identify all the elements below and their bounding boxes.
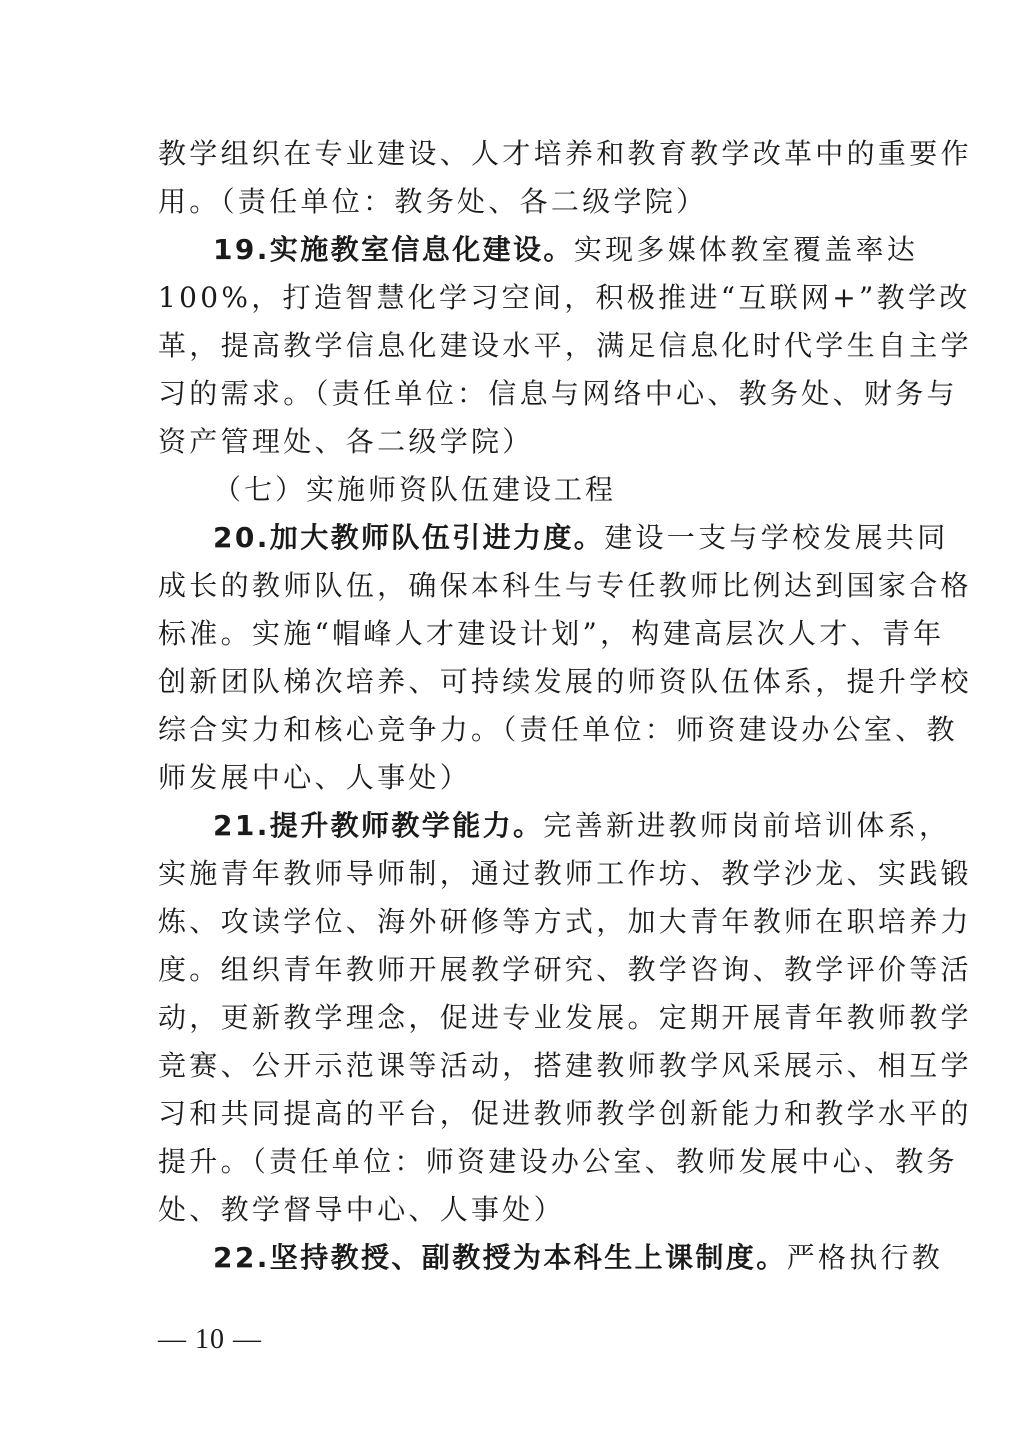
item-21-text: 完善新进教师岗前培训体系， xyxy=(543,809,950,842)
text-line: 师发展中心、人事处） xyxy=(158,754,870,802)
item-22: 22.坚持教授、副教授为本科生上课制度。严格执行教 xyxy=(213,1234,870,1282)
text-line: 资产管理处、各二级学院） xyxy=(158,418,870,466)
item-19-text: 实现多媒体教室覆盖率达 xyxy=(574,233,918,266)
text-line: 竞赛、公开示范课等活动，搭建教师教学风采展示、相互学 xyxy=(158,1042,870,1090)
text-line: 处、教学督导中心、人事处） xyxy=(158,1186,870,1234)
text-line: 度。组织青年教师开展教学研究、教学咨询、教学评价等活 xyxy=(158,946,870,994)
item-21: 21.提升教师教学能力。完善新进教师岗前培训体系， xyxy=(213,802,870,850)
item-22-title: 22.坚持教授、副教授为本科生上课制度。 xyxy=(213,1241,787,1274)
item-19: 19.实施教室信息化建设。实现多媒体教室覆盖率达 xyxy=(213,226,870,274)
document-page: 教学组织在专业建设、人才培养和教育教学改革中的重要作 用。（责任单位：教务处、各… xyxy=(0,0,1024,1448)
text-line: 习和共同提高的平台，促进教师教学创新能力和教学水平的 xyxy=(158,1090,870,1138)
item-20: 20.加大教师队伍引进力度。建设一支与学校发展共同 xyxy=(213,514,870,562)
text-line: 100%，打造智慧化学习空间，积极推进“互联网+”教学改 xyxy=(158,274,870,322)
text-line: 实施青年教师导师制，通过教师工作坊、教学沙龙、实践锻 xyxy=(158,850,870,898)
item-20-text: 建设一支与学校发展共同 xyxy=(604,521,948,554)
text-line: 标准。实施“帽峰人才建设计划”，构建高层次人才、青年 xyxy=(158,610,870,658)
text-line: 用。（责任单位：教务处、各二级学院） xyxy=(158,178,870,226)
text-line: 综合实力和核心竞争力。（责任单位：师资建设办公室、教 xyxy=(158,706,870,754)
text-line: 成长的教师队伍，确保本科生与专任教师比例达到国家合格 xyxy=(158,562,870,610)
text-line: 习的需求。（责任单位：信息与网络中心、教务处、财务与 xyxy=(158,370,870,418)
text-line: 革，提高教学信息化建设水平，满足信息化时代学生自主学 xyxy=(158,322,870,370)
item-19-title: 19.实施教室信息化建设。 xyxy=(213,233,574,266)
text-line: 创新团队梯次培养、可持续发展的师资队伍体系，提升学校 xyxy=(158,658,870,706)
section-heading: （七）实施师资队伍建设工程 xyxy=(213,466,925,514)
text-line: 炼、攻读学位、海外研修等方式，加大青年教师在职培养力 xyxy=(158,898,870,946)
text-line: 提升。（责任单位：师资建设办公室、教师发展中心、教务 xyxy=(158,1138,870,1186)
text-line: 教学组织在专业建设、人才培养和教育教学改革中的重要作 xyxy=(158,130,870,178)
item-20-title: 20.加大教师队伍引进力度。 xyxy=(213,521,604,554)
item-22-text: 严格执行教 xyxy=(787,1241,944,1274)
page-number: — 10 — xyxy=(158,1320,262,1360)
item-21-title: 21.提升教师教学能力。 xyxy=(213,809,543,842)
text-line: 动，更新教学理念，促进专业发展。定期开展青年教师教学 xyxy=(158,994,870,1042)
